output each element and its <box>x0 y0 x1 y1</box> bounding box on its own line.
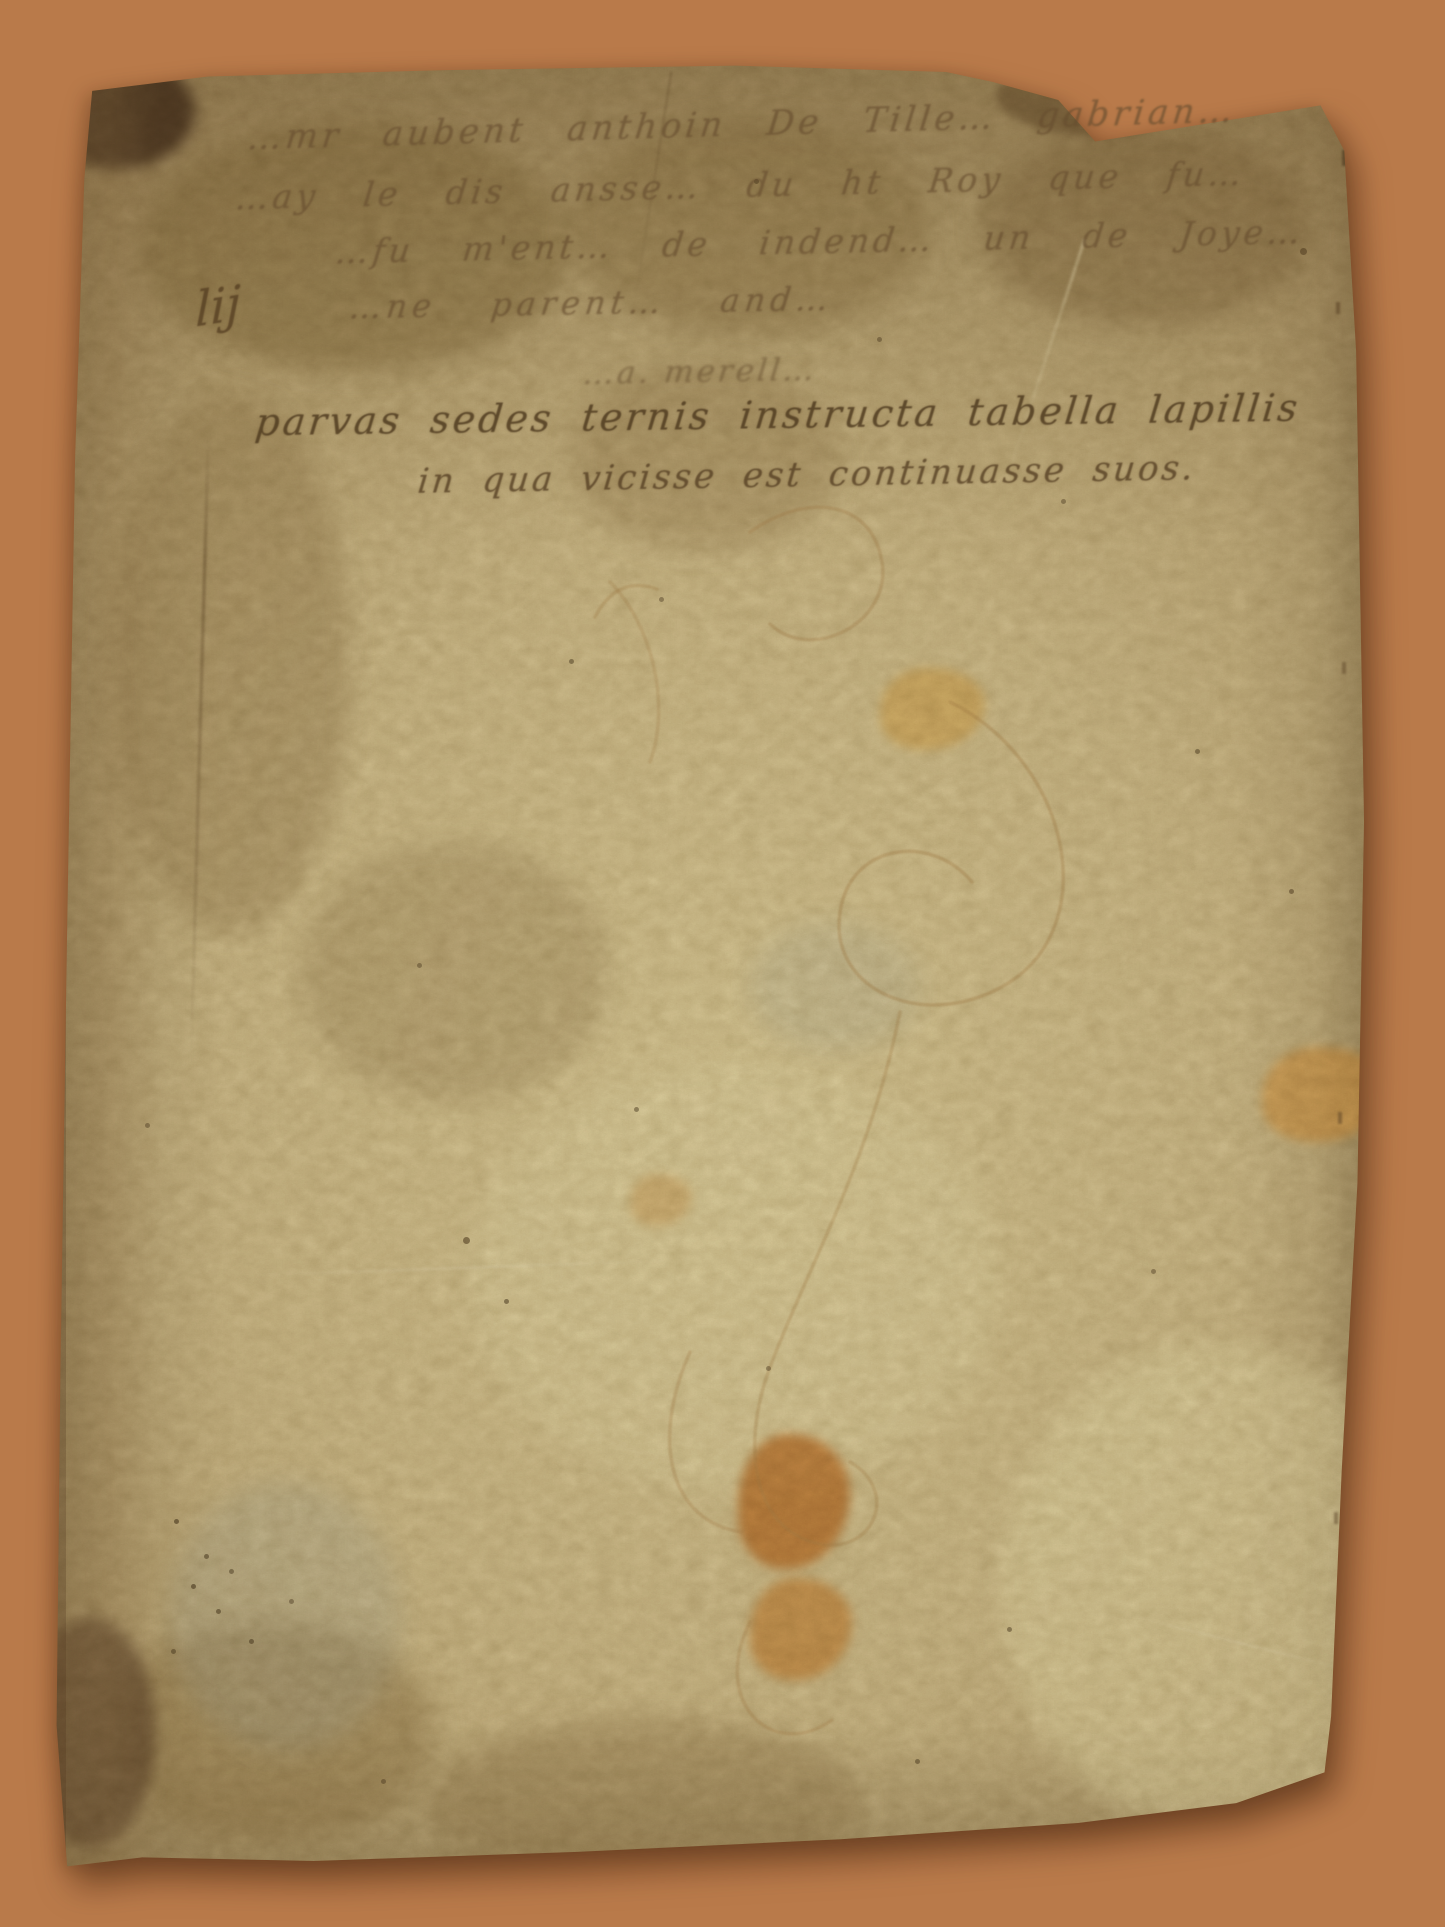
vellum-book-cover <box>50 62 1368 1870</box>
fore-edge-wear-flecks <box>1336 302 1340 314</box>
ink-speckles <box>50 62 53 65</box>
inscription-middle-line: …a. merell… <box>581 352 819 392</box>
ghost-flourish-doodle <box>50 62 1368 1870</box>
marginal-mark: lij <box>195 275 241 339</box>
photo-of-vellum-book: …mr aubent anthoin De Tille… gabrian… …a… <box>0 0 1445 1927</box>
